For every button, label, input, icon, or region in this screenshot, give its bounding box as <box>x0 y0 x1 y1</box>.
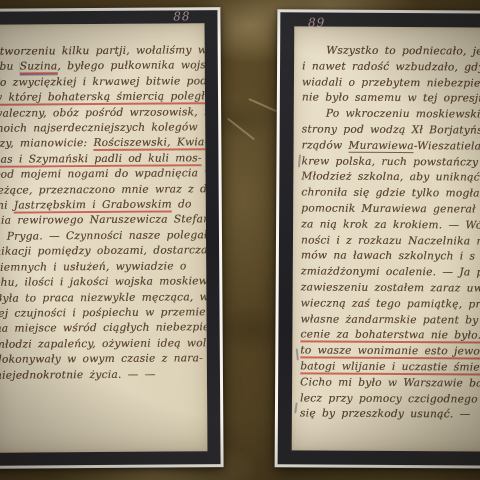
manuscript-line: dokonywały w owym czasie z nara- <box>0 351 207 368</box>
manuscript-line: lecz przy pomocy czcigodnego śp Juliana … <box>300 391 480 408</box>
handwritten-text: mi <box>0 200 14 212</box>
manuscript-line: mów na ławach szkolnych i s <box>301 249 480 266</box>
page-number-left: 88 <box>173 9 190 23</box>
underlined-text: to wasze wonimanie esto jewo aticz <box>300 345 480 360</box>
manuscript-line: się by przeszkody usunąć. — <box>300 407 480 424</box>
handwritten-text: nia rewirowego Naruszewicza Stefan- <box>0 214 206 228</box>
handwritten-text: zawieszeniu zostałem zaraz uwo <box>301 281 480 294</box>
underlined-text: Suzina <box>20 61 58 75</box>
manuscript-line: nas i Szymański padli od kuli mos- <box>0 151 206 168</box>
handwritten-text: za nią krok za krokiem. — Wów <box>301 218 480 231</box>
handwritten-text: nie było samemu w tej opresji. — <box>302 92 480 105</box>
underlined-text: Jastrzębskim i Grabowskim <box>14 199 172 214</box>
manuscript-line: własne żandarmskie patent by treści: <box>300 312 480 329</box>
underlined-text: nas i Szymański padli od kuli mos- <box>0 152 202 167</box>
handwritten-text: czy, mianowicie: <box>0 137 93 150</box>
manuscript-line: zawieszeniu zostałem zaraz uwo <box>301 280 480 297</box>
manuscript-line: Cicho mi było w Warszawie bardzo za <box>300 375 480 392</box>
underlined-text: w której bohaterską śmiercią poległ <box>0 90 205 105</box>
manuscript-line: za nią krok za krokiem. — Wów <box>301 217 480 234</box>
manuscript-line: młodzi zapaleńcy, ożywieni ideą wolności <box>0 336 207 353</box>
handwritten-text: łej czujności i pośpiechu w przemierzani… <box>0 306 207 320</box>
handwritten-text: pod mojemi nogami do wpadnięcia wz. <box>0 167 206 181</box>
manuscript-line: rządów Murawiewa-Wieszatiela, <box>302 138 480 155</box>
framed-manuscript-page-88: utworzeniu kilku partji, wołaliśmy wszys… <box>0 7 224 469</box>
handwritten-text: mów na ławach szkolnych i s <box>301 250 475 263</box>
manuscript-line: Była to praca niezwykle męcząca, wyma- <box>0 290 206 307</box>
handwritten-text: niejednokrotnie życia. — — <box>0 368 155 381</box>
frame-border: utworzeniu kilku partji, wołaliśmy wszys… <box>0 10 221 466</box>
handwritten-text: obu <box>0 61 20 73</box>
manuscript-line: leżące, przeznaczono mnie wraz z dwo- <box>0 182 206 199</box>
manuscript-line: na miejsce wśród ciągłych niebezpieczeńs… <box>0 321 207 338</box>
handwritten-text: lecz przy pomocy czcigodnego śp <box>300 392 480 405</box>
manuscript-line: niejednokrotnie życia. — — <box>0 367 207 384</box>
manuscript-line: mi Jastrzębskim i Grabowskim do <box>0 197 206 214</box>
handwritten-text: krew polska, ruch powstańczy — <box>301 155 480 168</box>
handwritten-text: Po zwycięzkiej i krwawej bitwie pod <box>0 75 205 88</box>
underlined-text: cenie za bohaterstwa nie było. Kto a <box>300 329 480 344</box>
manuscript-line: i nawet radość wzbudzało, gdy o <box>302 59 480 76</box>
manuscript-line: Wszystko to podniecało, jeszcze do ż <box>302 43 480 60</box>
handwritten-text: -Wieszatiela, <box>414 140 480 152</box>
handwritten-text: wiadali o przebytem niebezpieczeńst <box>302 76 480 89</box>
handwritten-text: ności i z rozkazu Naczelnika ru <box>301 234 480 247</box>
handwritten-text: strony pod wodzą Xł Borjatyńsk <box>302 123 480 136</box>
manuscript-line: Młodzież szkolna, aby uniknąć a <box>301 170 480 187</box>
manuscript-line: utworzeniu kilku partji, wołaliśmy wszys… <box>0 43 205 60</box>
manuscript-text-right: Wszystko to podniecało, jeszcze do żi na… <box>292 43 480 423</box>
handwritten-text: młodzi zapaleńcy, ożywieni ideą wolności <box>0 337 207 351</box>
underlined-text: Murawiewa <box>348 139 414 152</box>
handwritten-text: utworzeniu kilku partji, wołaliśmy wszys… <box>0 44 205 58</box>
manuscript-line: Po zwycięzkiej i krwawej bitwie pod <box>0 74 205 91</box>
manuscript-line: chu, ilości i jakości wojska moskiewskie… <box>0 274 206 291</box>
handwritten-text: chroniła się gdzie tylko mogła, w <box>301 187 480 200</box>
manuscript-line: nie było samemu w tej opresji. — <box>302 91 480 108</box>
manuscript-line: krew polska, ruch powstańczy — <box>301 154 480 171</box>
manuscript-line: batogi wlijanie i uczastie śmieli <box>300 359 480 376</box>
handwritten-text: Młodzież szkolna, aby uniknąć a <box>301 171 480 184</box>
manuscript-line: zmiażdżonymi ocalenie. — Ja po s <box>301 265 480 282</box>
manuscript-line: w której bohaterską śmiercią poległ <box>0 89 205 106</box>
handwritten-text: zmiażdżonymi ocalenie. — Ja po s <box>301 266 480 279</box>
manuscript-line: nikacji pomiędzy obozami, dostarczaniu <box>0 244 206 261</box>
handwritten-text: i nawet radość wzbudzało, gdy o <box>302 60 480 73</box>
manuscript-line: to wasze wonimanie esto jewo aticz <box>300 344 480 361</box>
handwritten-text: a Pryga. — Czynności nasze polegały <box>0 229 206 243</box>
manuscript-line: chroniła się gdzie tylko mogła, w <box>301 186 480 203</box>
manuscript-line: wiadali o przebytem niebezpieczeńst <box>302 75 480 92</box>
handwritten-text: własne żandarmskie patent by treści: <box>300 313 480 326</box>
handwritten-text: do <box>172 198 192 210</box>
handwritten-text: wieczną zaś tego pamiątkę, przy <box>301 297 480 310</box>
manuscript-line: pod mojemi nogami do wpadnięcia wz. <box>0 167 206 184</box>
manuscript-line: cenie za bohaterstwa nie było. Kto a <box>300 328 480 345</box>
manuscript-line: ziemnych i usłużeń, wywiadzie o <box>0 259 206 276</box>
handwritten-text: rządów <box>302 139 349 151</box>
handwritten-text: leżące, przeznaczono mnie wraz z dwo- <box>0 183 206 197</box>
handwritten-text: ziemnych i usłużeń, wywiadzie o <box>0 260 186 273</box>
handwritten-text: pomocnik Murawiewa generał Ba <box>301 202 480 215</box>
frame-border: Wszystko to podniecało, jeszcze do żi na… <box>278 12 480 465</box>
manuscript-line: moich najserdeczniejszych kolegów <box>0 120 205 137</box>
framed-manuscript-page-89: Wszystko to podniecało, jeszcze do żi na… <box>275 9 480 468</box>
underlined-text: Rościszewski, Kwia- <box>93 137 205 152</box>
underlined-text: batogi wlijanie i uczastie śmieli <box>300 360 480 375</box>
manuscript-line: łej czujności i pośpiechu w przemierzani… <box>0 305 207 322</box>
handwritten-text: chu, ilości i jakości wojska moskiewskie… <box>0 275 206 289</box>
manuscript-line: wieczną zaś tego pamiątkę, przy <box>301 296 480 313</box>
manuscript-line: nia rewirowego Naruszewicza Stefan- <box>0 213 206 230</box>
handwritten-text: się by przeszkody usunąć. — <box>300 408 471 421</box>
handwritten-text: nikacji pomiędzy obozami, dostarczaniu <box>0 244 206 258</box>
manuscript-line: Po wkroczeniu moskiewskiej — <box>302 107 480 124</box>
manuscript-line: czy, mianowicie: Rościszewski, Kwia- <box>0 136 205 153</box>
manuscript-line: strony pod wodzą Xł Borjatyńsk <box>302 122 480 139</box>
handwritten-text: , byłego pułkownika wojsk. <box>57 60 205 73</box>
manuscript-line: pomocnik Murawiewa generał Ba <box>301 201 480 218</box>
manuscript-paper-left: utworzeniu kilku partji, wołaliśmy wszys… <box>0 23 207 452</box>
background-scratch <box>227 118 255 141</box>
manuscript-photo-scene: utworzeniu kilku partji, wołaliśmy wszys… <box>0 0 480 480</box>
manuscript-line: waleczny, obóz pośród wrzosowisk, i <box>0 105 205 122</box>
handwritten-text: Wszystko to podniecało, jeszcze do ż <box>326 45 480 58</box>
handwritten-text: dokonywały w owym czasie z nara- <box>0 352 203 365</box>
page-number-right: 89 <box>308 15 325 29</box>
manuscript-line: ności i z rozkazu Naczelnika ru <box>301 233 480 250</box>
manuscript-line: a Pryga. — Czynności nasze polegały <box>0 228 206 245</box>
handwritten-text: Po wkroczeniu moskiewskiej — <box>326 108 480 121</box>
manuscript-text-left: utworzeniu kilku partji, wołaliśmy wszys… <box>0 43 207 383</box>
manuscript-line: obu Suzina, byłego pułkownika wojsk. <box>0 59 205 76</box>
handwritten-text: na miejsce wśród ciągłych niebezpieczeńs… <box>0 321 207 335</box>
handwritten-text: Była to praca niezwykle męcząca, wyma- <box>0 291 206 305</box>
manuscript-paper-right: Wszystko to podniecało, jeszcze do żi na… <box>292 26 480 451</box>
handwritten-text: moich najserdeczniejszych kolegów <box>0 121 198 134</box>
handwritten-text: Cicho mi było w Warszawie bardzo za <box>300 376 480 389</box>
handwritten-text: waleczny, obóz pośród wrzosowisk, i <box>0 106 205 119</box>
